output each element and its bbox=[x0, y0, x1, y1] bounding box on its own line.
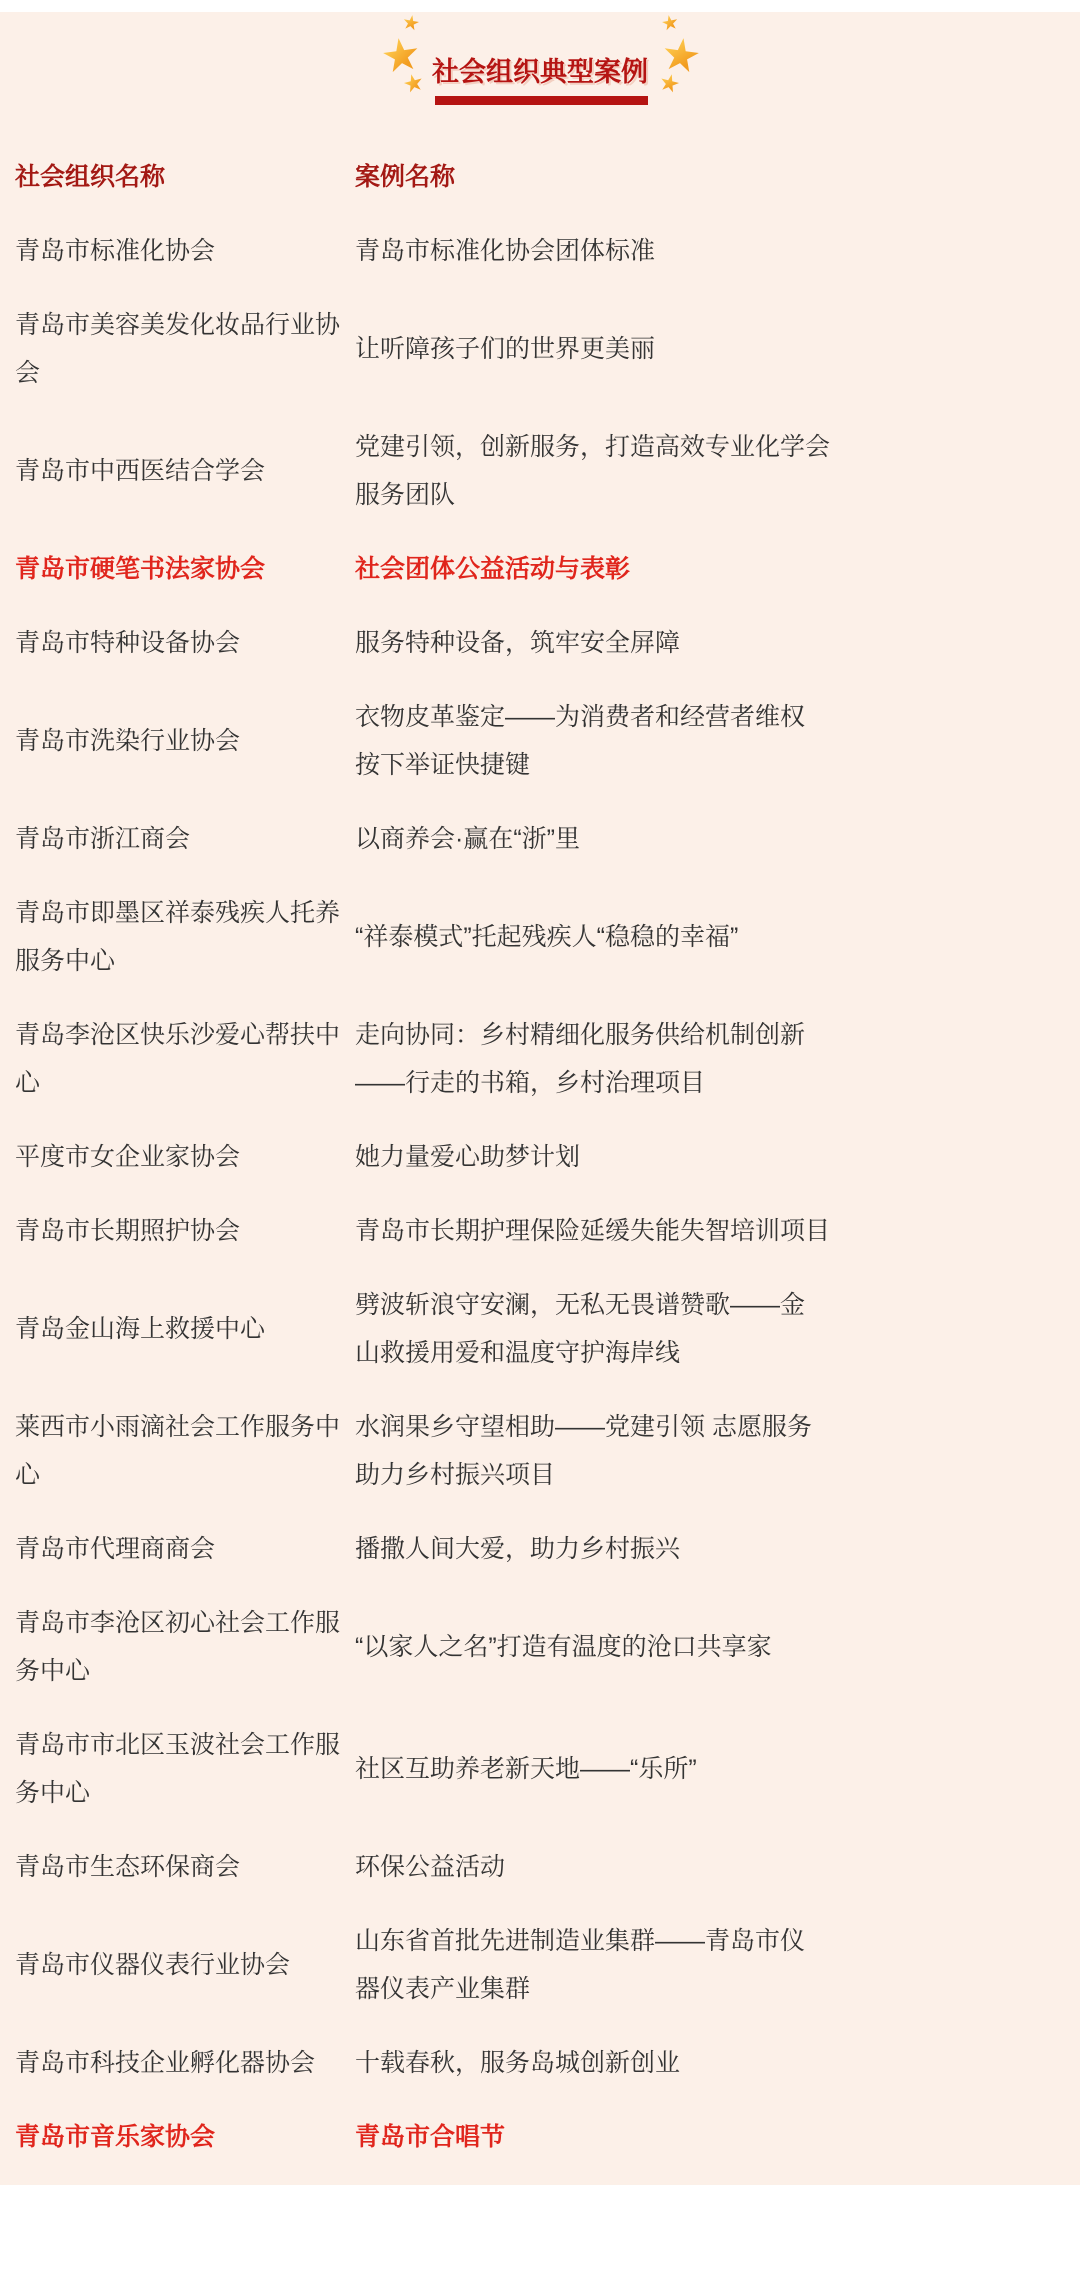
table-row: 青岛市代理商商会 播撒人间大爱，助力乡村振兴 bbox=[15, 1512, 895, 1586]
table-row: 平度市女企业家协会 她力量爱心助梦计划 bbox=[15, 1120, 895, 1194]
org-cell: 青岛李沧区快乐沙爱心帮扶中 心 bbox=[15, 998, 355, 1120]
org-cell: 青岛市中西医结合学会 bbox=[15, 410, 355, 532]
case-cell: 社会团体公益活动与表彰 bbox=[355, 532, 895, 606]
case-cell: 以商养会·赢在“浙”里 bbox=[355, 802, 895, 876]
case-cell: 青岛市长期护理保险延缓失能失智培训项目 bbox=[355, 1194, 895, 1268]
case-cell: 青岛市合唱节 bbox=[355, 2100, 895, 2174]
table-row: 青岛市浙江商会 以商养会·赢在“浙”里 bbox=[15, 802, 895, 876]
org-cell: 莱西市小雨滴社会工作服务中 心 bbox=[15, 1390, 355, 1512]
table-row: 青岛市标准化协会 青岛市标准化协会团体标准 bbox=[15, 214, 895, 288]
cases-table: 社会组织名称 案例名称 青岛市标准化协会 青岛市标准化协会团体标准 青岛市美容美… bbox=[15, 140, 895, 2174]
org-cell: 青岛市美容美发化妆品行业协 会 bbox=[15, 288, 355, 410]
table-row: 青岛市仪器仪表行业协会 山东省首批先进制造业集群——青岛市仪 器仪表产业集群 bbox=[15, 1904, 895, 2026]
page-title: 社会组织典型案例 bbox=[0, 50, 1080, 89]
org-cell: 青岛市洗染行业协会 bbox=[15, 680, 355, 802]
org-cell: 平度市女企业家协会 bbox=[15, 1120, 355, 1194]
case-cell: “以家人之名”打造有温度的沧口共享家 bbox=[355, 1586, 895, 1708]
table-row: 青岛市洗染行业协会 衣物皮革鉴定——为消费者和经营者维权 按下举证快捷键 bbox=[15, 680, 895, 802]
table-row: 青岛市市北区玉波社会工作服 务中心 社区互助养老新天地——“乐所” bbox=[15, 1708, 895, 1830]
table-row: 青岛市硬笔书法家协会 社会团体公益活动与表彰 bbox=[15, 532, 895, 606]
case-cell: 衣物皮革鉴定——为消费者和经营者维权 按下举证快捷键 bbox=[355, 680, 895, 802]
star-icon bbox=[402, 14, 421, 33]
case-cell: 劈波斩浪守安澜，无私无畏谱赞歌——金 山救援用爱和温度守护海岸线 bbox=[355, 1268, 895, 1390]
table-row: 青岛市特种设备协会 服务特种设备，筑牢安全屏障 bbox=[15, 606, 895, 680]
org-cell: 青岛市硬笔书法家协会 bbox=[15, 532, 355, 606]
case-cell: “祥泰模式”托起残疾人“稳稳的幸福” bbox=[355, 876, 895, 998]
table-row: 青岛市生态环保商会 环保公益活动 bbox=[15, 1830, 895, 1904]
table-row: 青岛市长期照护协会 青岛市长期护理保险延缓失能失智培训项目 bbox=[15, 1194, 895, 1268]
case-cell: 服务特种设备，筑牢安全屏障 bbox=[355, 606, 895, 680]
org-cell: 青岛市市北区玉波社会工作服 务中心 bbox=[15, 1708, 355, 1830]
case-cell: 播撒人间大爱，助力乡村振兴 bbox=[355, 1512, 895, 1586]
org-cell: 青岛市代理商商会 bbox=[15, 1512, 355, 1586]
case-cell: 社区互助养老新天地——“乐所” bbox=[355, 1708, 895, 1830]
column-header-organization: 社会组织名称 bbox=[15, 140, 355, 214]
case-cell: 青岛市标准化协会团体标准 bbox=[355, 214, 895, 288]
case-cell: 让听障孩子们的世界更美丽 bbox=[355, 288, 895, 410]
table-row: 青岛李沧区快乐沙爱心帮扶中 心 走向协同：乡村精细化服务供给机制创新 ——行走的… bbox=[15, 998, 895, 1120]
table-row: 青岛市音乐家协会 青岛市合唱节 bbox=[15, 2100, 895, 2174]
case-cell: 走向协同：乡村精细化服务供给机制创新 ——行走的书箱，乡村治理项目 bbox=[355, 998, 895, 1120]
case-cell: 她力量爱心助梦计划 bbox=[355, 1120, 895, 1194]
table-row: 青岛市即墨区祥泰残疾人托养 服务中心 “祥泰模式”托起残疾人“稳稳的幸福” bbox=[15, 876, 895, 998]
table-row: 青岛市科技企业孵化器协会 十载春秋，服务岛城创新创业 bbox=[15, 2026, 895, 2100]
case-cell: 山东省首批先进制造业集群——青岛市仪 器仪表产业集群 bbox=[355, 1904, 895, 2026]
org-cell: 青岛市科技企业孵化器协会 bbox=[15, 2026, 355, 2100]
title-underline bbox=[435, 96, 648, 105]
org-cell: 青岛市音乐家协会 bbox=[15, 2100, 355, 2174]
article-page: 社会组织典型案例 社会组织名称 案例名称 青岛市标准化协会 青岛市标准化协会团体… bbox=[0, 0, 1080, 2271]
case-cell: 环保公益活动 bbox=[355, 1830, 895, 1904]
org-cell: 青岛市李沧区初心社会工作服 务中心 bbox=[15, 1586, 355, 1708]
org-cell: 青岛市即墨区祥泰残疾人托养 服务中心 bbox=[15, 876, 355, 998]
table-row: 莱西市小雨滴社会工作服务中 心 水润果乡守望相助——党建引领 志愿服务 助力乡村… bbox=[15, 1390, 895, 1512]
article-content: 社会组织典型案例 社会组织名称 案例名称 青岛市标准化协会 青岛市标准化协会团体… bbox=[0, 12, 1080, 2185]
column-header-case: 案例名称 bbox=[355, 140, 895, 214]
title-block: 社会组织典型案例 bbox=[0, 12, 1080, 140]
org-cell: 青岛市特种设备协会 bbox=[15, 606, 355, 680]
table-row: 青岛金山海上救援中心 劈波斩浪守安澜，无私无畏谱赞歌——金 山救援用爱和温度守护… bbox=[15, 1268, 895, 1390]
table-row: 青岛市中西医结合学会 党建引领，创新服务，打造高效专业化学会 服务团队 bbox=[15, 410, 895, 532]
case-cell: 十载春秋，服务岛城创新创业 bbox=[355, 2026, 895, 2100]
table-header-row: 社会组织名称 案例名称 bbox=[15, 140, 895, 214]
case-cell: 党建引领，创新服务，打造高效专业化学会 服务团队 bbox=[355, 410, 895, 532]
org-cell: 青岛市长期照护协会 bbox=[15, 1194, 355, 1268]
org-cell: 青岛市标准化协会 bbox=[15, 214, 355, 288]
org-cell: 青岛市仪器仪表行业协会 bbox=[15, 1904, 355, 2026]
case-cell: 水润果乡守望相助——党建引领 志愿服务 助力乡村振兴项目 bbox=[355, 1390, 895, 1512]
star-icon bbox=[661, 14, 680, 33]
cases-table-body: 社会组织名称 案例名称 青岛市标准化协会 青岛市标准化协会团体标准 青岛市美容美… bbox=[15, 140, 895, 2174]
org-cell: 青岛金山海上救援中心 bbox=[15, 1268, 355, 1390]
org-cell: 青岛市浙江商会 bbox=[15, 802, 355, 876]
table-row: 青岛市美容美发化妆品行业协 会 让听障孩子们的世界更美丽 bbox=[15, 288, 895, 410]
org-cell: 青岛市生态环保商会 bbox=[15, 1830, 355, 1904]
table-row: 青岛市李沧区初心社会工作服 务中心 “以家人之名”打造有温度的沧口共享家 bbox=[15, 1586, 895, 1708]
